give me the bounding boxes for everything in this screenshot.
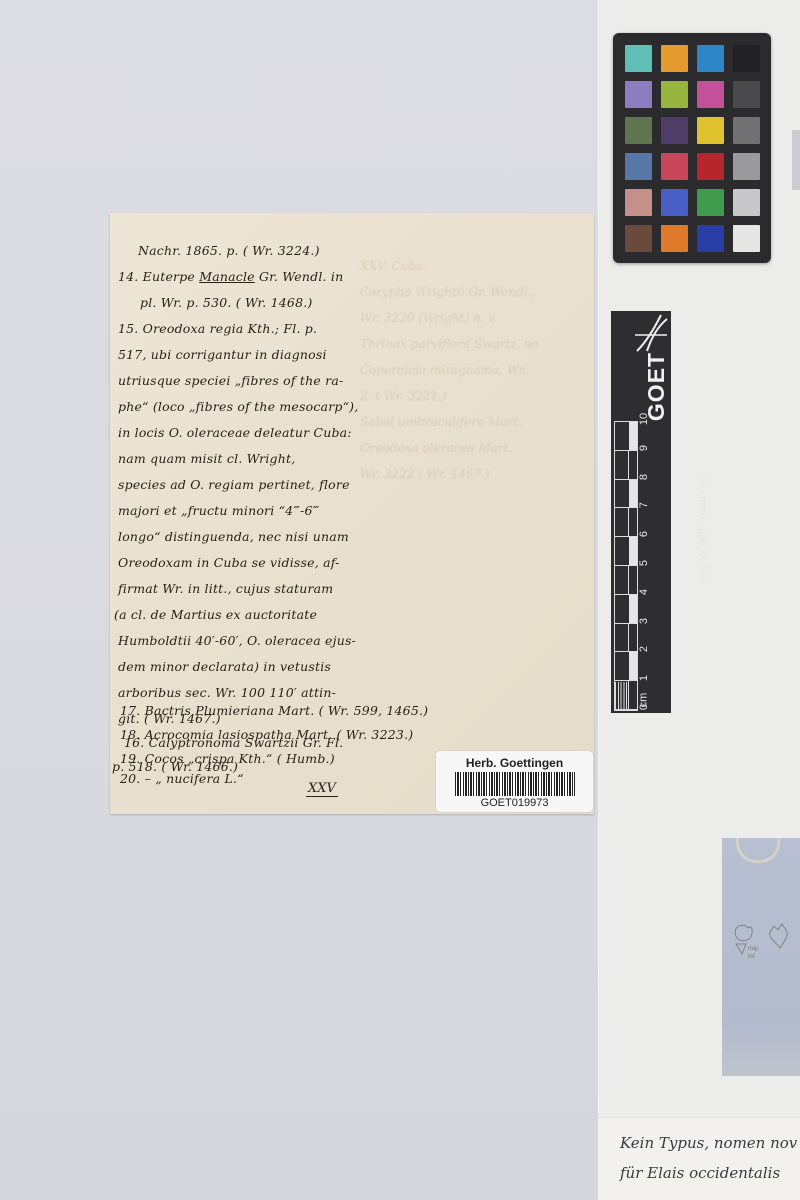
color-swatch bbox=[733, 153, 760, 180]
manuscript-line: dem minor declarata) in vetustis bbox=[118, 659, 331, 674]
color-swatch bbox=[733, 117, 760, 144]
color-swatch bbox=[733, 225, 760, 252]
manuscript-line: Humboldtii 40′-60′, O. oleracea ejus- bbox=[118, 633, 356, 648]
scale-copyright: copyright reserved bbox=[694, 448, 708, 608]
note-line: Kein Typus, nomen nov bbox=[620, 1134, 797, 1152]
annotation-note: Kein Typus, nomen nov für Elais occident… bbox=[598, 1117, 800, 1200]
fruit-sketch-icon: maj. inf. bbox=[728, 922, 798, 972]
color-swatch bbox=[697, 81, 724, 108]
ruler-tick-label: 1 bbox=[638, 670, 650, 686]
bleed-through-text: XXV. Cuba.Corypha Wrightii Gr. Wendl.,Wr… bbox=[360, 253, 590, 487]
manuscript-line: longo“ distinguenda, nec nisi unam bbox=[118, 529, 349, 544]
ruler-segments bbox=[614, 421, 638, 711]
goettingen-logo-icon bbox=[633, 313, 669, 353]
ruler-tick-label: 4 bbox=[638, 584, 650, 600]
svg-text:maj.: maj. bbox=[748, 946, 759, 952]
svg-text:inf.: inf. bbox=[748, 954, 756, 960]
color-swatch bbox=[661, 45, 688, 72]
herbarium-name: Herb. Goettingen bbox=[436, 756, 593, 770]
ruler-tick-label: 5 bbox=[638, 555, 650, 571]
manuscript-line: firmat Wr. in litt., cujus staturam bbox=[118, 581, 333, 596]
manuscript-page: XXV. Cuba.Corypha Wrightii Gr. Wendl.,Wr… bbox=[110, 213, 594, 814]
color-swatch bbox=[625, 45, 652, 72]
barcode-icon bbox=[455, 772, 575, 796]
manuscript-line: phe“ (loco „fibres of the mesocarp“), bbox=[118, 399, 358, 414]
manuscript-line: in locis O. oleraceae deleatur Cuba: bbox=[118, 425, 352, 440]
manuscript-line: Oreodoxam in Cuba se vidisse, af- bbox=[118, 555, 340, 570]
ghost-line: Copernicia miraguama, Wr. bbox=[360, 357, 590, 383]
ghost-line: Wr. 3222 ( Wr. 1467.) bbox=[360, 461, 590, 487]
ruler-segment bbox=[615, 624, 637, 653]
ruler-mm-ticks bbox=[615, 682, 629, 710]
color-swatch bbox=[661, 225, 688, 252]
manuscript-text: 14. Euterpe bbox=[118, 269, 199, 284]
page-number: XXV bbox=[306, 781, 338, 797]
manuscript-line: 14. Euterpe Manacle Gr. Wendl. in bbox=[118, 269, 343, 284]
ruler-segment bbox=[615, 422, 637, 451]
ruler-tick-label: 6 bbox=[638, 526, 650, 542]
ghost-line: Sabal umbraculifera Mart. bbox=[360, 409, 590, 435]
ghost-line: Thrinax parviflora Swartz, no bbox=[360, 331, 590, 357]
color-swatch bbox=[625, 81, 652, 108]
manuscript-text: Gr. Wendl. in bbox=[255, 269, 344, 284]
ghost-line: 2. ( Wr. 3221.) bbox=[360, 383, 590, 409]
color-swatch bbox=[625, 117, 652, 144]
color-checker-card bbox=[613, 33, 771, 263]
specimen-id: GOET019973 bbox=[436, 797, 593, 809]
manuscript-line: nam quam misit cl. Wright, bbox=[118, 451, 295, 466]
ruler-segment bbox=[615, 652, 637, 681]
color-swatch bbox=[733, 81, 760, 108]
manuscript-line: 15. Oreodoxa regia Kth.; Fl. p. bbox=[118, 321, 317, 336]
color-swatch bbox=[625, 225, 652, 252]
ghost-line: Oreodoxa oleracea Mart. bbox=[360, 435, 590, 461]
color-swatch bbox=[661, 81, 688, 108]
ruler-tick-label: 2 bbox=[638, 641, 650, 657]
ruler-segment bbox=[615, 508, 637, 537]
barcode-label: Herb. Goettingen GOET019973 bbox=[436, 751, 593, 812]
ghost-line: Corypha Wrightii Gr. Wendl., bbox=[360, 279, 590, 305]
blue-paper-fragment: maj. inf. bbox=[722, 838, 800, 1076]
color-swatch bbox=[661, 189, 688, 216]
color-swatch bbox=[661, 117, 688, 144]
scale-bar: GOET copyright reserved 012345678910 cm bbox=[611, 311, 671, 713]
color-swatch bbox=[697, 117, 724, 144]
color-swatch bbox=[625, 153, 652, 180]
color-swatch bbox=[733, 189, 760, 216]
manuscript-underlined: Manacle bbox=[199, 269, 255, 284]
manuscript-line: 18. Acrocomia lasiospatha Mart. ( Wr. 32… bbox=[120, 727, 413, 742]
manuscript-line: arboribus sec. Wr. 100 110′ attin- bbox=[118, 685, 336, 700]
color-swatch bbox=[697, 225, 724, 252]
manuscript-line: pl. Wr. p. 530. ( Wr. 1468.) bbox=[140, 295, 312, 310]
manuscript-line: 517, ubi corrigantur in diagnosi bbox=[118, 347, 327, 362]
ruler-tick-label: 9 bbox=[638, 440, 650, 456]
color-swatch bbox=[697, 189, 724, 216]
color-swatch bbox=[661, 153, 688, 180]
manuscript-line: majori et „fructu minori “4‴-6‴ bbox=[118, 503, 319, 518]
manuscript-line: 19. Cocos „crispa Kth.“ ( Humb.) bbox=[120, 751, 335, 766]
ghost-line: Wr. 3220 (Wright) n. v. bbox=[360, 305, 590, 331]
ruler-segment bbox=[615, 566, 637, 595]
color-swatch bbox=[733, 45, 760, 72]
manuscript-line: Nachr. 1865. p. ( Wr. 3224.) bbox=[138, 243, 320, 258]
ruler-segment bbox=[615, 537, 637, 566]
color-swatch bbox=[697, 153, 724, 180]
stain-ring bbox=[736, 838, 780, 863]
manuscript-line: 20. – „ nucifera L.“ bbox=[120, 771, 244, 786]
ruler-tick-label: 10 bbox=[638, 411, 650, 427]
ruler-segment bbox=[615, 595, 637, 624]
ruler-segment bbox=[615, 451, 637, 480]
note-line: für Elais occidentalis bbox=[620, 1164, 780, 1182]
ruler-tick-label: 3 bbox=[638, 613, 650, 629]
ruler-tick-label: 8 bbox=[638, 469, 650, 485]
manuscript-line: utriusque speciei „fibres of the ra- bbox=[118, 373, 343, 388]
ruler-segment bbox=[615, 480, 637, 509]
scale-unit: cm bbox=[637, 693, 649, 708]
sheet-edge bbox=[792, 130, 800, 190]
color-swatch bbox=[697, 45, 724, 72]
ruler-tick-label: 7 bbox=[638, 497, 650, 513]
manuscript-line: 17. Bactris Plumieriana Mart. ( Wr. 599,… bbox=[120, 703, 428, 718]
manuscript-line: species ad O. regiam pertinet, flore bbox=[118, 477, 350, 492]
manuscript-line: (a cl. de Martius ex auctoritate bbox=[114, 607, 317, 622]
ghost-line: XXV. Cuba. bbox=[360, 253, 590, 279]
color-swatch bbox=[625, 189, 652, 216]
color-swatch-grid bbox=[625, 45, 760, 252]
